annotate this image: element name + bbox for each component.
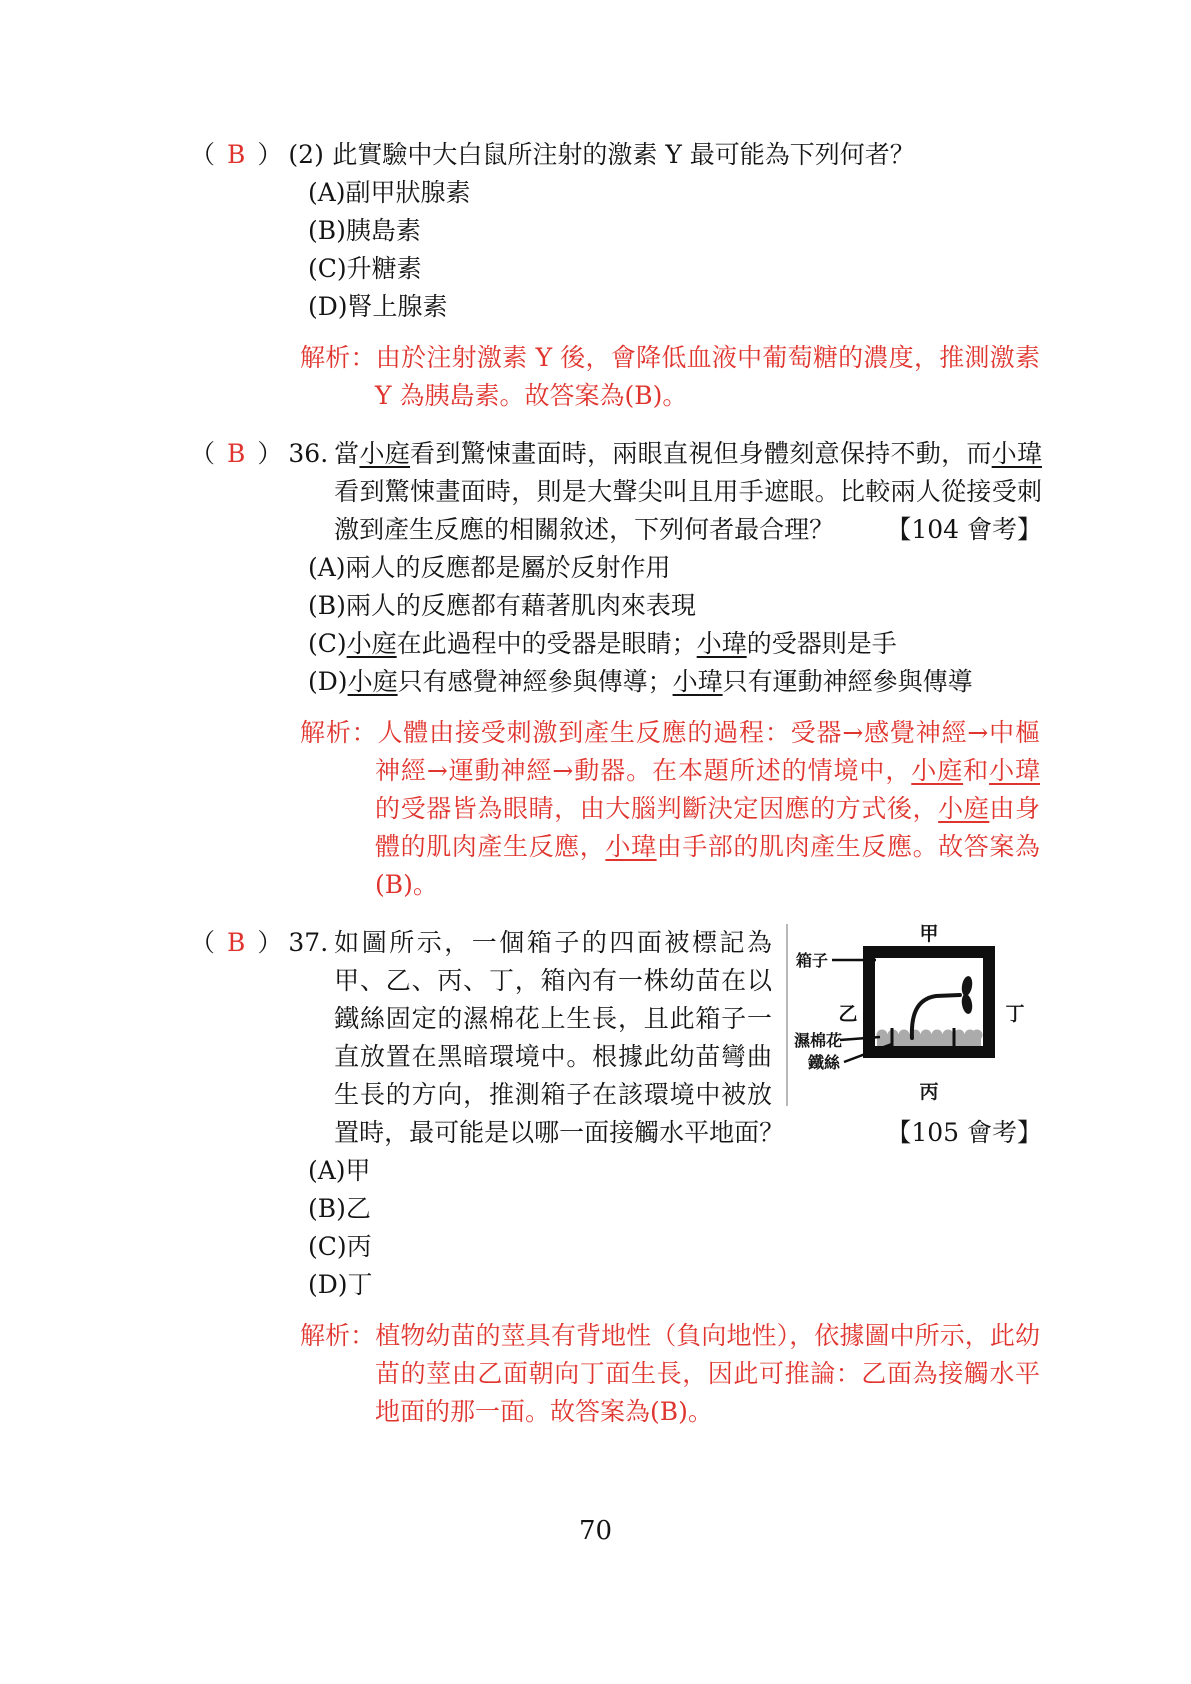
option-d: (D)小庭只有感覺神經參與傳導；小瑋只有運動神經參與傳導 (308, 663, 1042, 701)
figure-label-box: 箱子 (796, 951, 828, 970)
question-number: 36. (288, 435, 328, 473)
box-seedling-diagram: 甲 乙 丁 丙 箱子 (792, 924, 1036, 1106)
answer-letter: B (227, 140, 245, 169)
options-list: (A)兩人的反應都是屬於反射作用 (B)兩人的反應都有藉著肌肉來表現 (C)小庭… (308, 549, 1042, 701)
analysis-label: 解析： (300, 343, 376, 372)
answer-bracket: （B） (190, 136, 282, 174)
options-list: (A)副甲狀腺素 (B)胰島素 (C)升糖素 (D)腎上腺素 (308, 174, 1042, 326)
analysis-text: 由於注射激素 Y 後，會降低血液中葡萄糖的濃度，推測激素 Y 為胰島素。故答案為… (375, 343, 1040, 410)
question-stem: 當小庭看到驚悚畫面時，兩眼直視但身體刻意保持不動，而小瑋看到驚悚畫面時，則是大聲… (334, 435, 1042, 549)
analysis-block: 解析：由於注射激素 Y 後，會降低血液中葡萄糖的濃度，推測激素 Y 為胰島素。故… (300, 339, 1040, 415)
options-list: (A)甲 (B)乙 (C)丙 (D)丁 (308, 1152, 1042, 1304)
option-c: (C)小庭在此過程中的受器是眼睛；小瑋的受器則是手 (308, 625, 1042, 663)
page-content: （B） (2) 此實驗中大白鼠所注射的激素 Y 最可能為下列何者？ (A)副甲狀… (190, 136, 1042, 1431)
figure-label-wire: 鐵絲 (807, 1053, 841, 1072)
answer-letter: B (227, 439, 245, 468)
answer-bracket: （B） (190, 435, 282, 473)
figure-label-left: 乙 (838, 1003, 857, 1025)
option-c: (C)丙 (308, 1228, 1042, 1266)
exam-page: （B） (2) 此實驗中大白鼠所注射的激素 Y 最可能為下列何者？ (A)副甲狀… (0, 0, 1191, 1684)
question-number: (2) (288, 136, 326, 174)
question-2-head: （B） (2) 此實驗中大白鼠所注射的激素 Y 最可能為下列何者？ (190, 136, 1042, 174)
option-c: (C)升糖素 (308, 250, 1042, 288)
option-d: (D)腎上腺素 (308, 288, 1042, 326)
question-36-head: （B） 36. 當小庭看到驚悚畫面時，兩眼直視但身體刻意保持不動，而小瑋看到驚悚… (190, 435, 1042, 549)
answer-bracket: （B） (190, 924, 282, 962)
figure-label-right: 丁 (1005, 1003, 1024, 1025)
analysis-block: 解析：人體由接受刺激到產生反應的過程：受器→感覺神經→中樞神經→運動神經→動器。… (300, 714, 1040, 904)
question-37-head: （B） 37. 甲 乙 丁 丙 (190, 924, 1042, 1152)
analysis-label: 解析： (300, 1321, 375, 1350)
option-a: (A)副甲狀腺素 (308, 174, 1042, 212)
analysis-label: 解析： (300, 718, 377, 747)
option-d: (D)丁 (308, 1266, 1042, 1304)
analysis-block: 解析：植物幼苗的莖具有背地性（負向地性），依據圖中所示，此幼苗的莖由乙面朝向丁面… (300, 1317, 1040, 1431)
stem-text: 如圖所示，一個箱子的四面被標記為甲、乙、丙、丁，箱內有一株幼苗在以鐵絲固定的濕棉… (334, 928, 784, 1147)
option-b: (B)乙 (308, 1190, 1042, 1228)
option-a: (A)甲 (308, 1152, 1042, 1190)
analysis-text: 植物幼苗的莖具有背地性（負向地性），依據圖中所示，此幼苗的莖由乙面朝向丁面生長，… (375, 1321, 1040, 1426)
answer-letter: B (227, 928, 245, 957)
question-number: 37. (288, 924, 328, 962)
question-stem: 甲 乙 丁 丙 箱子 (334, 924, 1042, 1152)
option-a: (A)兩人的反應都是屬於反射作用 (308, 549, 1042, 587)
option-b: (B)胰島素 (308, 212, 1042, 250)
box-seedling-figure: 甲 乙 丁 丙 箱子 (786, 924, 1042, 1106)
figure-label-bottom: 丙 (919, 1081, 938, 1103)
question-stem: 此實驗中大白鼠所注射的激素 Y 最可能為下列何者？ (332, 136, 1042, 174)
figure-label-cotton: 濕棉花 (794, 1031, 842, 1050)
analysis-text: 人體由接受刺激到產生反應的過程：受器→感覺神經→中樞神經→運動神經→動器。在本題… (375, 718, 1040, 899)
option-b: (B)兩人的反應都有藉著肌肉來表現 (308, 587, 1042, 625)
page-number: 70 (0, 1512, 1191, 1550)
question-2: （B） (2) 此實驗中大白鼠所注射的激素 Y 最可能為下列何者？ (A)副甲狀… (190, 136, 1042, 415)
figure-label-top: 甲 (919, 924, 938, 945)
question-37: （B） 37. 甲 乙 丁 丙 (190, 924, 1042, 1431)
exam-source-tag: 【105 會考】 (886, 1114, 1042, 1152)
exam-source-tag: 【104 會考】 (886, 511, 1042, 549)
question-36: （B） 36. 當小庭看到驚悚畫面時，兩眼直視但身體刻意保持不動，而小瑋看到驚悚… (190, 435, 1042, 904)
